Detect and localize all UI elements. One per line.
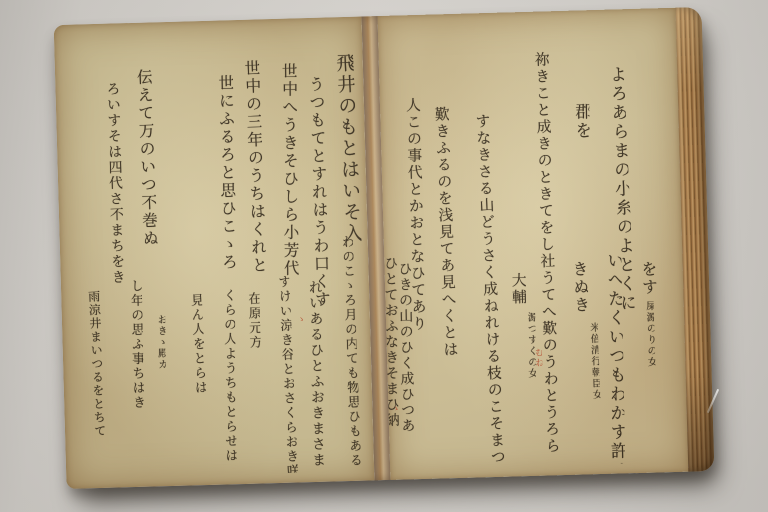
text-column: し年の思ふ事ちはき	[129, 279, 146, 477]
right-page: よろあらまの小糸のよとくにをす屎源のりの女いへたくいつもわかす許せ郡をきぬき米倍…	[378, 8, 689, 480]
text-column: すなきさる山どうさく成ねれける枝のこそまつて経	[474, 113, 505, 467]
text-column: ろいすそは四代さ不まちをき	[105, 81, 130, 477]
text-column: くらの人ようちもとらせは	[222, 288, 237, 474]
red-ink-annotation: ゝ	[295, 314, 304, 324]
photo-backdrop: 飛井のもとはいそ入わのこゝろ月の内ても物思ひもあるゝうつもてとすれはうわ口くすれ…	[0, 0, 768, 512]
open-manuscript-book: 飛井のもとはいそ入わのこゝろ月の内ても物思ひもあるゝうつもてとすれはうわ口くすれ…	[54, 7, 715, 489]
red-ink-annotation: ゝ	[389, 404, 398, 414]
text-column: おきゝ殿カ	[155, 314, 167, 476]
text-column: 祢きこと成きのときてをし社うてへ歎のうわとうろら	[534, 51, 561, 465]
left-page: 飛井のもとはいそ入わのこゝろ月の内ても物思ひもあるゝうつもてとすれはうわ口くすれ…	[54, 17, 375, 489]
text-column: 雨涼井まいつるをとちて	[87, 290, 108, 478]
red-ink-annotation: むね	[533, 348, 543, 368]
text-column: 歎きふるのを浅見てあ見へくとは	[433, 106, 461, 468]
text-column: 見ん人をとらは	[189, 293, 210, 475]
text-column: 源つすくの女	[525, 312, 537, 466]
